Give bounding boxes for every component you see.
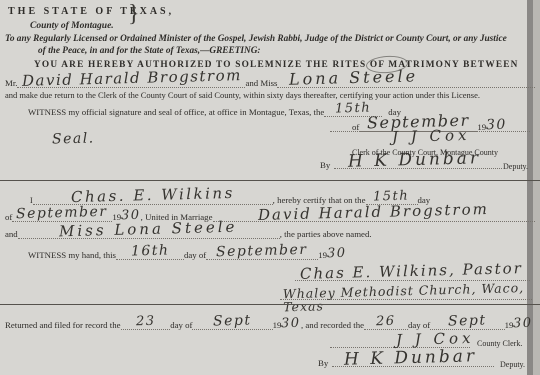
- hand-year-handwriting: 30: [327, 247, 347, 261]
- hand-year-prefix: 19: [318, 250, 327, 260]
- certify-of-label: of: [5, 212, 12, 222]
- filed-year-handwriting: 30: [281, 317, 301, 331]
- recorded-month-blank: Sept: [430, 313, 504, 330]
- certify-bride-line: and Miss Lona Steele , the parties above…: [5, 222, 535, 239]
- certify-groom-handwriting: David Harald Brogstrom: [258, 202, 489, 223]
- certify-and-label: and: [5, 229, 18, 239]
- county-clerk-label: County Clerk.: [477, 339, 522, 348]
- section-divider-1: [0, 180, 540, 181]
- record-deputy-label: Deputy.: [500, 360, 525, 369]
- filed-recorded-line: Returned and filed for record the 23 day…: [5, 313, 533, 330]
- section-divider-2: [0, 304, 540, 305]
- groom-name-handwriting: David Harald Brogstrom: [21, 68, 241, 89]
- certify-month-blank: September: [12, 205, 112, 222]
- recorded-day-of-label: day of: [408, 320, 430, 330]
- certify-groom-blank: David Harald Brogstrom: [213, 205, 536, 222]
- addressee-line-2: of the Peace, in and for the State of Te…: [38, 46, 261, 56]
- record-by-label: By: [318, 358, 328, 368]
- filed-day-blank: 23: [121, 313, 171, 330]
- deputy-signature: H K Dunbar: [348, 152, 481, 170]
- hand-month-handwriting: September: [216, 243, 308, 259]
- filed-month-handwriting: Sept: [213, 313, 252, 328]
- officiant-name-handwriting: Chas. E. Wilkins: [71, 186, 235, 205]
- header-brace: }: [128, 2, 140, 26]
- witness-hand-text: WITNESS my hand, this: [28, 250, 116, 260]
- recorded-day-blank: 26: [364, 313, 408, 330]
- clerk-by-label: By: [320, 160, 330, 170]
- deputy-label: Deputy.: [503, 162, 528, 171]
- and-miss-label: and Miss: [245, 78, 277, 88]
- bride-name-handwriting: Lona Steele: [289, 68, 418, 87]
- parties-line: Mr. David Harald Brogstrom and Miss Lona…: [5, 70, 535, 88]
- hand-day-handwriting: 16th: [131, 243, 170, 258]
- officiant-church: Whaley Methodist Church, Waco, Texas: [283, 285, 540, 313]
- officiant-name-blank: Chas. E. Wilkins: [33, 188, 273, 205]
- witness-hand-line: WITNESS my hand, this 16th day of Septem…: [28, 243, 347, 260]
- certify-month-handwriting: September: [16, 205, 108, 221]
- recorded-day-handwriting: 26: [376, 315, 396, 329]
- filed-day-handwriting: 23: [135, 315, 155, 329]
- witness-office-text: WITNESS my official signature and seal o…: [28, 107, 324, 117]
- officiant-signature: Chas E. Wilkins, Pastor: [300, 263, 523, 281]
- certify-bride-handwriting: Miss Lona Steele: [59, 220, 238, 240]
- clerk-witness-line: WITNESS my official signature and seal o…: [28, 100, 401, 117]
- state-heading: THE STATE OF TEXAS,: [8, 6, 174, 17]
- recorded-month-handwriting: Sept: [448, 313, 487, 328]
- mr-label: Mr.: [5, 78, 17, 88]
- certify-bride-blank: Miss Lona Steele: [18, 222, 280, 239]
- filed-month-blank: Sept: [192, 313, 272, 330]
- state-heading-text: THE STATE OF TEXAS,: [8, 6, 174, 17]
- hand-month-blank: September: [206, 243, 318, 260]
- seal-note: Seal.: [52, 130, 95, 148]
- county-line: County of Montague.: [30, 21, 114, 31]
- record-deputy-signature: H K Dunbar: [344, 350, 477, 368]
- parties-label: , the parties above named.: [280, 229, 372, 239]
- clerk-signature: J J Cox: [392, 128, 471, 146]
- hand-day-blank: 16th: [116, 243, 184, 260]
- return-clause: and make due return to the Clerk of the …: [5, 90, 480, 100]
- filed-text: Returned and filed for record the: [5, 320, 121, 330]
- filed-day-of-label: day of: [170, 320, 192, 330]
- addressee-line-1: To any Regularly Licensed or Ordained Mi…: [5, 34, 507, 44]
- hand-day-of-label: day of: [184, 250, 206, 260]
- bride-name-blank: Lona Steele: [277, 70, 535, 88]
- authorization-heading: YOU ARE HEREBY AUTHORIZED TO SOLEMNIZE T…: [34, 60, 519, 70]
- certify-month-line: of September 1930 , United in Marriage D…: [5, 205, 535, 222]
- recorded-year-handwriting: 30: [513, 317, 533, 331]
- marriage-license-document: THE STATE OF TEXAS, } County of Montague…: [0, 0, 540, 375]
- groom-name-blank: David Harald Brogstrom: [17, 71, 245, 88]
- recorded-text: , and recorded the: [301, 320, 364, 330]
